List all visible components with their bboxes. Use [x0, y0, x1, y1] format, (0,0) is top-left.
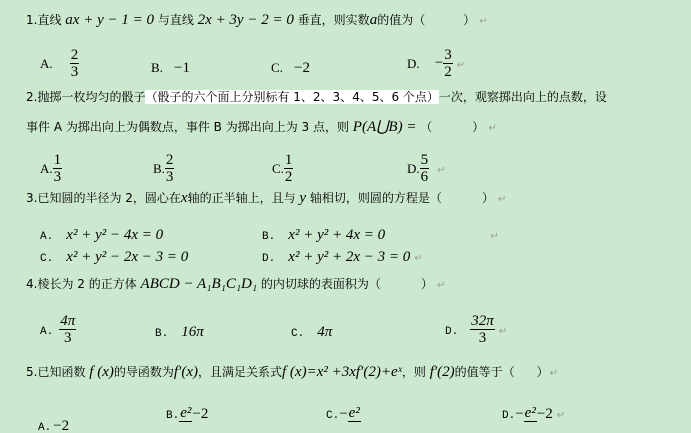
denominator: 6: [421, 169, 429, 185]
paragraph-mark-icon: ↵: [488, 123, 496, 134]
math-expression: f′(x): [174, 364, 198, 380]
option-value: x² + y² + 2x − 3 = 0: [288, 249, 410, 265]
numerator: 32π: [470, 313, 495, 330]
numerator: e²: [179, 405, 192, 422]
question-5-option-d[interactable]: D.−e²−2↵: [502, 403, 565, 423]
paragraph-mark-icon: ↵: [498, 194, 506, 205]
question-number: 4.: [26, 277, 37, 291]
stem-text: 的值等于（: [455, 365, 515, 379]
math-expression: f′(2): [430, 364, 455, 380]
paragraph-mark-icon: ↵: [490, 231, 498, 242]
denominator: 3: [64, 330, 72, 346]
option-tail: −2: [537, 406, 553, 422]
paragraph-mark-icon: ↵: [437, 280, 445, 291]
question-3-option-a[interactable]: A. x² + y² − 4x = 0: [40, 224, 163, 244]
option-label: B.: [262, 231, 275, 243]
question-5-option-c[interactable]: C.−e²: [326, 403, 361, 423]
question-2-option-c[interactable]: C.12: [272, 152, 293, 185]
question-5-option-b[interactable]: B.e²−2: [166, 403, 208, 423]
stem-text: 轴相切，则圆的方程是（: [310, 191, 442, 205]
highlighted-text: （骰子的六个面上分别标有 1、2、3、4、5、6 个点）: [145, 90, 438, 104]
numerator: 2: [70, 47, 80, 64]
denominator: 3: [71, 64, 79, 80]
fraction: 32π3: [470, 313, 495, 346]
question-number: 3.: [26, 191, 37, 205]
question-1-option-a[interactable]: A. 23: [40, 47, 79, 80]
question-5-stem: 5.已知函数 f (x)的导函数为f′(x)，且满足关系式f (x)=x² +3…: [26, 364, 558, 382]
paragraph-mark-icon: ↵: [550, 368, 558, 379]
stem-text: ）: [421, 277, 433, 291]
question-2-stem-line-1: 2.抛掷一枚均匀的骰子（骰子的六个面上分别标有 1、2、3、4、5、6 个点）一…: [26, 89, 607, 105]
fraction: 23: [165, 152, 175, 185]
numerator: e²: [524, 405, 537, 422]
option-label: D.: [502, 410, 515, 422]
question-1-option-c[interactable]: C. −2: [271, 57, 310, 77]
option-label: A.: [40, 161, 53, 176]
question-4-stem: 4.棱长为 2 的正方体 ABCD − A₁B₁C₁D₁ 的内切球的表面积为（）…: [26, 276, 445, 294]
question-1-option-b[interactable]: B. −1: [151, 57, 190, 77]
option-label: C.: [271, 60, 283, 75]
minus-sign: −: [435, 55, 443, 71]
math-expression: f (x): [89, 364, 114, 380]
stem-text: 与直线: [158, 13, 194, 27]
question-4-option-c[interactable]: C. 4π: [291, 321, 332, 341]
paragraph-mark-icon: ↵: [457, 60, 465, 71]
question-3-option-d[interactable]: D. x² + y² + 2x − 3 = 0↵: [262, 246, 423, 266]
option-value: −2: [294, 60, 310, 76]
option-label: C.: [291, 328, 304, 340]
question-3-option-c[interactable]: C. x² + y² − 2x − 3 = 0: [40, 246, 188, 266]
fraction: 56: [420, 152, 430, 185]
question-number: 2.: [26, 90, 37, 104]
denominator: 3: [166, 169, 174, 185]
option-label: B.: [153, 161, 165, 176]
stem-text: ）: [482, 191, 494, 205]
stem-text: 事件 A 为掷出向上为偶数点，事件 B 为掷出向上为 3 点，则: [26, 120, 349, 134]
option-label: B.: [151, 60, 163, 75]
question-3-stem: 3.已知圆的半径为 2，圆心在x轴的正半轴上，且与 y 轴相切，则圆的方程是（）…: [26, 190, 506, 208]
question-4-option-a[interactable]: A.4π3: [40, 313, 76, 346]
math-expression: P(A⋃B) =: [353, 119, 417, 135]
question-1-option-d[interactable]: D. −32↵: [407, 47, 465, 80]
option-value: −2: [53, 418, 69, 433]
numerator: 4π: [59, 313, 76, 330]
math-expression: f (x)=x² +3xf′(2)+eˣ: [282, 364, 402, 380]
stem-text: 垂直，则实数: [298, 13, 370, 27]
option-value: x² + y² + 4x = 0: [288, 227, 385, 243]
fraction: 13: [53, 152, 63, 185]
question-4-option-d[interactable]: D.32π3↵: [445, 313, 507, 346]
stem-text: ，且满足关系式: [198, 365, 282, 379]
option-label: C.: [272, 161, 284, 176]
stem-text: ）: [472, 120, 484, 134]
denominator: 2: [285, 169, 293, 185]
question-number: 1.: [26, 13, 37, 27]
option-label: D.: [445, 326, 458, 338]
paragraph-mark-icon: ↵: [479, 16, 487, 27]
paragraph-mark-icon: ↵: [414, 253, 422, 264]
minus-sign: −: [515, 406, 523, 422]
stem-text: ）: [463, 13, 475, 27]
fraction: 4π3: [59, 313, 76, 346]
option-value: x² + y² − 4x = 0: [66, 227, 163, 243]
option-label: B.: [155, 328, 168, 340]
question-5-option-a[interactable]: A.−2: [38, 415, 69, 433]
stem-text: 直线: [37, 13, 61, 27]
fraction: 12: [284, 152, 294, 185]
option-label: A.: [40, 231, 53, 243]
question-4-option-b[interactable]: B. 16π: [155, 321, 204, 341]
stem-text: ）: [537, 365, 549, 379]
numerator: 5: [420, 152, 430, 169]
option-label: D.: [262, 253, 275, 265]
stem-text: 的内切球的表面积为（: [261, 277, 381, 291]
stem-text: （: [420, 120, 432, 134]
question-2-option-a[interactable]: A.13: [40, 152, 62, 185]
numerator: 1: [284, 152, 294, 169]
math-variable: x: [181, 190, 188, 206]
math-expression: ABCD − A₁B₁C₁D₁: [141, 276, 258, 292]
option-label: D.: [407, 161, 420, 176]
numerator: e²: [348, 405, 361, 422]
stem-text: 已知函数: [37, 365, 85, 379]
fraction: e²: [348, 405, 361, 422]
stem-text: 轴的正半轴上，且与: [188, 191, 296, 205]
math-expression: ax + y − 1 = 0: [65, 12, 154, 28]
question-3-option-b[interactable]: B. x² + y² + 4x = 0 ↵: [262, 224, 499, 244]
option-tail: −2: [192, 406, 208, 422]
fraction: 23: [70, 47, 80, 80]
stem-text: ，则: [402, 365, 426, 379]
question-2-stem-line-2: 事件 A 为掷出向上为偶数点，事件 B 为掷出向上为 3 点，则 P(A⋃B) …: [26, 119, 497, 137]
stem-text: 的导函数为: [114, 365, 174, 379]
option-label: D.: [407, 56, 420, 71]
fraction: 32: [443, 47, 453, 80]
option-value: 4π: [317, 324, 332, 340]
stem-text: 棱长为 2 的正方体: [37, 277, 136, 291]
numerator: 1: [53, 152, 63, 169]
option-label: A.: [40, 56, 53, 71]
question-2-option-d[interactable]: D.56↵: [407, 152, 446, 185]
option-label: C.: [40, 253, 53, 265]
paragraph-mark-icon: ↵: [499, 326, 507, 337]
option-label: A.: [38, 422, 51, 433]
option-label: C.: [326, 410, 339, 422]
option-value: 16π: [181, 324, 204, 340]
option-label: B.: [166, 410, 179, 422]
fraction: e²: [179, 405, 192, 422]
numerator: 3: [443, 47, 453, 64]
paragraph-mark-icon: ↵: [557, 410, 565, 421]
option-value: −1: [174, 60, 190, 76]
math-expression: 2x + 3y − 2 = 0: [198, 12, 294, 28]
stem-text: 已知圆的半径为 2，圆心在: [37, 191, 180, 205]
option-label: A.: [40, 326, 53, 338]
paragraph-mark-icon: ↵: [437, 165, 445, 176]
minus-sign: −: [339, 406, 347, 422]
question-1-stem: 1.直线 ax + y − 1 = 0 与直线 2x + 3y − 2 = 0 …: [26, 12, 488, 30]
stem-text: 抛掷一枚均匀的骰子: [37, 90, 145, 104]
denominator: 3: [479, 330, 487, 346]
fraction: e²: [524, 405, 537, 422]
stem-text: 一次，观察掷出向上的点数，设: [439, 90, 607, 104]
math-variable: y: [299, 190, 306, 206]
stem-text: 的值为（: [377, 13, 425, 27]
numerator: 2: [165, 152, 175, 169]
question-number: 5.: [26, 365, 37, 379]
denominator: 3: [54, 169, 62, 185]
question-2-option-b[interactable]: B.23: [153, 152, 174, 185]
option-value: x² + y² − 2x − 3 = 0: [66, 249, 188, 265]
denominator: 2: [444, 64, 452, 80]
